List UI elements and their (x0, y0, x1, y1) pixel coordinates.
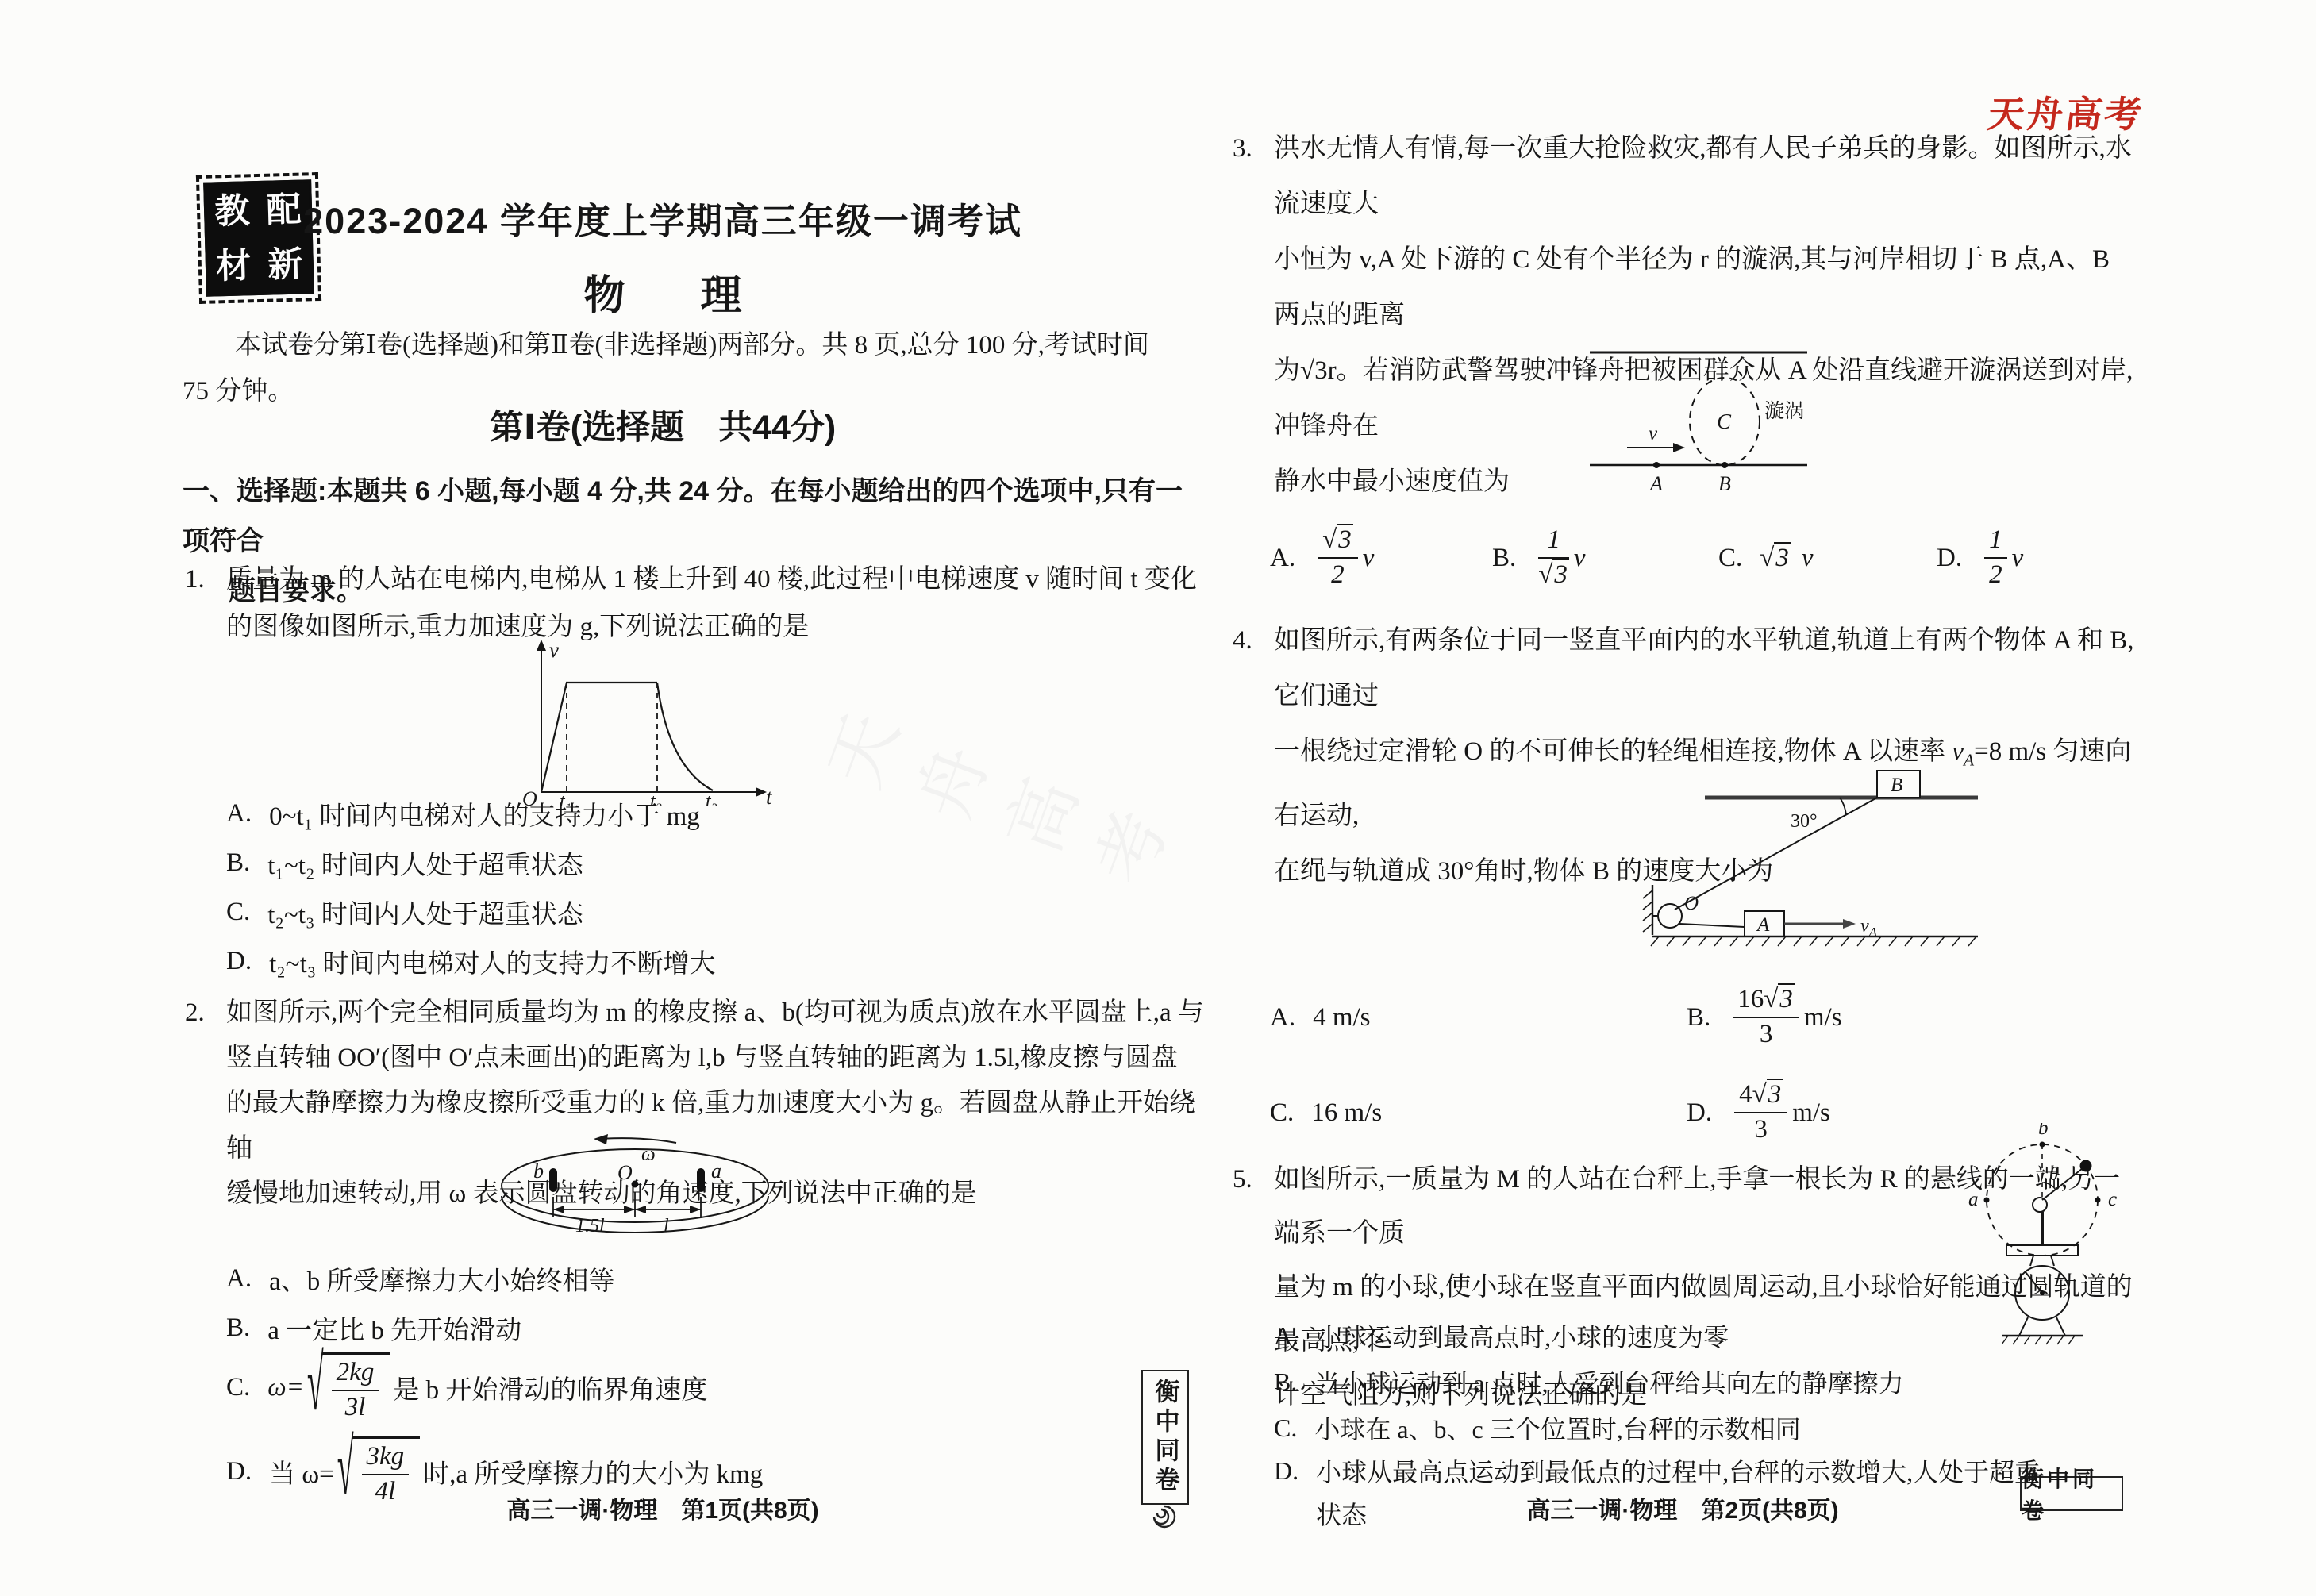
option-text: 小球在 a、b、c 三个位置时,台秤的示数相同 (1314, 1409, 1800, 1446)
option-text: 是 b 开始滑动的临界角速度 (393, 1369, 707, 1406)
option-label: B. (1274, 1367, 1297, 1397)
q3-option-c: C. √3 v (1718, 514, 1814, 602)
center-o-label: O (617, 1161, 633, 1184)
exam-title: 2023-2024 学年度上学期高三年级一调考试 (119, 192, 1206, 244)
option-label: A. (1274, 1321, 1298, 1351)
option-text: 当小球运动到 a 点时,人受到台秤给其向左的静摩擦力 (1314, 1363, 1903, 1400)
whirlpool-label: 漩涡 (1764, 400, 1804, 422)
option-text: 4 m/s (1313, 1003, 1370, 1033)
fraction-numerator: 1 (1538, 525, 1569, 559)
q1-option-a: A. 0~t₁ 时间内电梯对人的支持力小于 mg (226, 795, 700, 833)
point-b-label: B (1718, 472, 1731, 495)
option-text: 16 m/s (1311, 1098, 1382, 1128)
option-suffix: m/s (1792, 1098, 1830, 1128)
fraction: 1√3 (1538, 525, 1569, 590)
fraction-denominator: 2 (1318, 559, 1358, 590)
q5-option-d: D. 小球从最高点运动到最低点的过程中,台秤的示数增大,人处于超重 (1274, 1452, 2040, 1489)
fraction-numerator: 3kg (362, 1442, 410, 1475)
question-number: 5. (1233, 1152, 1252, 1206)
page-1-footer: 高三一调·物理 第1页(共8页) (119, 1490, 1206, 1525)
hengzhong-vertical-stamp: 衡中同卷 (1141, 1370, 1189, 1505)
fraction-denominator: 3 (1734, 1113, 1787, 1145)
point-b-label: b (2038, 1123, 2049, 1139)
option-label: A. (1270, 544, 1295, 573)
option-label: C. (226, 898, 250, 927)
stem-line: 质量为 m 的人站在电梯内,电梯从 1 楼上升到 40 楼,此过程中电梯速度 v… (226, 556, 1206, 603)
q4-pulley-tracks-figure: B 30° O A vA (1635, 754, 2000, 960)
question-number: 3. (1233, 121, 1252, 176)
q1-option-d: D. t₂~t₃ 时间内电梯对人的支持力不断增大 (226, 943, 716, 980)
option-label: B. (226, 848, 250, 878)
option-label: C. (1274, 1413, 1297, 1443)
q5-scale-person-figure: b a c θ (1960, 1123, 2127, 1361)
page-2-footer: 高三一调·物理 第2页(共8页) (1222, 1490, 2143, 1525)
option-label: A. (226, 1264, 252, 1294)
page-1: 教 配 材 新 2023-2024 学年度上学期高三年级一调考试 物理 本试卷分… (119, 0, 1206, 1596)
spiral-mark (1147, 1502, 1179, 1533)
fraction-numerator: √3 (1318, 525, 1358, 559)
fraction-denominator: √3 (1538, 559, 1569, 590)
q4-option-b: B. 16√33 m/s (1687, 978, 1842, 1057)
point-a-label: a (711, 1160, 721, 1183)
option-text: t₁~t₂ 时间内人处于超重状态 (267, 844, 583, 882)
point-a-label: a (1968, 1189, 1979, 1210)
option-label: B. (226, 1313, 250, 1343)
block-b-label: B (1891, 775, 1902, 796)
stem-line: 如图所示,有两条位于同一竖直平面内的水平轨道,轨道上有两个物体 A 和 B,它们… (1274, 613, 2139, 724)
q2-option-a: A. a、b 所受摩擦力大小始终相等 (226, 1260, 615, 1298)
option-text: 小球从最高点运动到最低点的过程中,台秤的示数增大,人处于超重 (1316, 1452, 2040, 1489)
q1-option-b: B. t₁~t₂ 时间内人处于超重状态 (226, 844, 583, 882)
axis-label-v: v (549, 638, 559, 662)
option-label: D. (226, 947, 252, 976)
q3-option-b: B. 1√3 v (1492, 514, 1586, 602)
q2-option-c: C. ω= √2kg3l 是 b 开始滑动的临界角速度 (226, 1349, 707, 1425)
q4-option-c: C. 16 m/s (1270, 1073, 1382, 1152)
pulley-o-label: O (1684, 893, 1699, 914)
hengzhong-box-stamp: 衡中同卷 (2020, 1476, 2123, 1511)
option-suffix: v (1363, 544, 1375, 573)
block-a-label: A (1756, 914, 1770, 936)
question-number: 1. (185, 556, 205, 603)
option-suffix: v (1574, 544, 1586, 573)
q5-option-a: A. 小球运动到最高点时,小球的速度为零 (1274, 1317, 1729, 1354)
stem-line: 洪水无情人有情,每一次重大抢险救灾,都有人民子弟兵的身影。如图所示,水流速度大 (1274, 121, 2139, 232)
option-label: B. (1492, 544, 1516, 573)
option-suffix: m/s (1804, 1003, 1842, 1033)
fraction: 4√33 (1734, 1080, 1787, 1145)
fraction: 12 (1984, 525, 2007, 590)
tick-t3: t₃ (706, 791, 717, 806)
option-label: A. (226, 799, 252, 829)
option-label: D. (1687, 1098, 1712, 1128)
option-suffix: v (1802, 544, 1814, 573)
subject-title: 物理 (119, 262, 1206, 321)
formula-prefix: 当 ω= (269, 1453, 334, 1490)
intro-line: 本试卷分第Ⅰ卷(选择题)和第Ⅱ卷(非选择题)两部分。共 8 页,总分 100 分… (183, 322, 1198, 368)
angle-30-label: 30° (1791, 811, 1818, 832)
fraction-numerator: 2kg (332, 1358, 379, 1391)
fraction-numerator: 1 (1984, 525, 2007, 559)
option-text: 0~t₁ 时间内电梯对人的支持力小于 mg (269, 795, 700, 833)
radical-expression: √2kg3l (307, 1352, 390, 1423)
fraction-denominator: 2 (1984, 559, 2007, 590)
flow-velocity-label: v (1649, 423, 1658, 444)
q1-velocity-time-graph: v t O t₁ t₂ t₃ (508, 633, 778, 806)
section-title: 第Ⅰ卷(选择题 共44分) (119, 401, 1206, 449)
point-b-label: b (533, 1160, 544, 1183)
q5-option-c: C. 小球在 a、b、c 三个位置时,台秤的示数相同 (1274, 1409, 1801, 1446)
radical: √3 (1760, 544, 1791, 573)
fraction-numerator: 4√3 (1734, 1080, 1787, 1113)
fraction: √32 (1318, 525, 1358, 590)
option-label: D. (226, 1457, 252, 1486)
option-suffix: v (2012, 544, 2024, 573)
option-text: a 一定比 b 先开始滑动 (267, 1309, 521, 1347)
q3-option-d: D. 12 v (1937, 514, 2023, 602)
theta-label: θ (2049, 1164, 2058, 1184)
option-text: t₂~t₃ 时间内电梯对人的支持力不断增大 (269, 943, 715, 980)
fraction-denominator: 3l (332, 1391, 379, 1423)
option-label: D. (1274, 1456, 1298, 1486)
option-label: C. (1270, 1098, 1294, 1128)
stem-line: 如图所示,两个完全相同质量均为 m 的橡皮擦 a、b(均可视为质点)放在水平圆盘… (226, 990, 1206, 1036)
distance-l: l (664, 1216, 669, 1236)
q3-option-a: A. √32 v (1270, 514, 1374, 602)
q1-option-c: C. t₂~t₃ 时间内人处于超重状态 (226, 894, 583, 931)
distance-1-5l: 1.5l (575, 1216, 605, 1236)
axis-label-t: t (766, 785, 773, 806)
q2-option-b: B. a 一定比 b 先开始滑动 (226, 1309, 521, 1347)
option-label: B. (1687, 1003, 1710, 1033)
point-c-label: c (2108, 1189, 2117, 1210)
exam-paper-spread: 天舟高考 教 配 材 新 2023-2024 学年度上学期高三年级一调考试 物理… (0, 0, 2316, 1596)
stem-line: 小恒为 v,A 处下游的 C 处有个半径为 r 的漩涡,其与河岸相切于 B 点,… (1274, 232, 2139, 343)
stem-line: 竖直转轴 OO′(图中 O′点未画出)的距离为 l,b 与竖直转轴的距离为 1.… (226, 1036, 1206, 1081)
q2-rotating-disk-figure: ω b O a 1.5l l (492, 1129, 778, 1254)
fraction-denominator: 3 (1733, 1018, 1799, 1050)
q4-option-a: A. 4 m/s (1270, 978, 1371, 1057)
question-number: 4. (1233, 613, 1252, 668)
q4-option-d: D. 4√33 m/s (1687, 1073, 1830, 1152)
omega-label: ω (641, 1144, 656, 1165)
q5-option-b: B. 当小球运动到 a 点时,人受到台秤给其向左的静摩擦力 (1274, 1363, 1904, 1400)
fraction-numerator: 16√3 (1733, 985, 1799, 1018)
option-text: t₂~t₃ 时间内人处于超重状态 (267, 894, 583, 931)
formula-prefix: ω= (267, 1373, 304, 1402)
q3-river-whirlpool-figure: C 漩涡 v A B (1583, 340, 1814, 498)
point-a-label: A (1649, 472, 1663, 495)
circle-c-label: C (1717, 410, 1732, 433)
option-label: A. (1270, 1003, 1295, 1033)
option-text: a、b 所受摩擦力大小始终相等 (269, 1260, 614, 1298)
instruction-line: 一、选择题:本题共 6 小题,每小题 4 分,共 24 分。在每小题给出的四个选… (183, 467, 1206, 567)
question-number: 2. (185, 990, 205, 1036)
fraction: 16√33 (1733, 985, 1799, 1050)
radical-sign: √ (307, 1339, 324, 1429)
option-text: 时,a 所受摩擦力的大小为 kmg (423, 1453, 763, 1490)
option-label: D. (1937, 544, 1962, 573)
page-2: 天舟高考 班级 姓名 得分 3. 洪水无情人有情,每一次重大抢险救灾,都有人民子… (1222, 0, 2230, 1596)
option-label: C. (1718, 544, 1742, 573)
option-label: C. (226, 1373, 250, 1402)
option-text: 小球运动到最高点时,小球的速度为零 (1316, 1317, 1729, 1354)
